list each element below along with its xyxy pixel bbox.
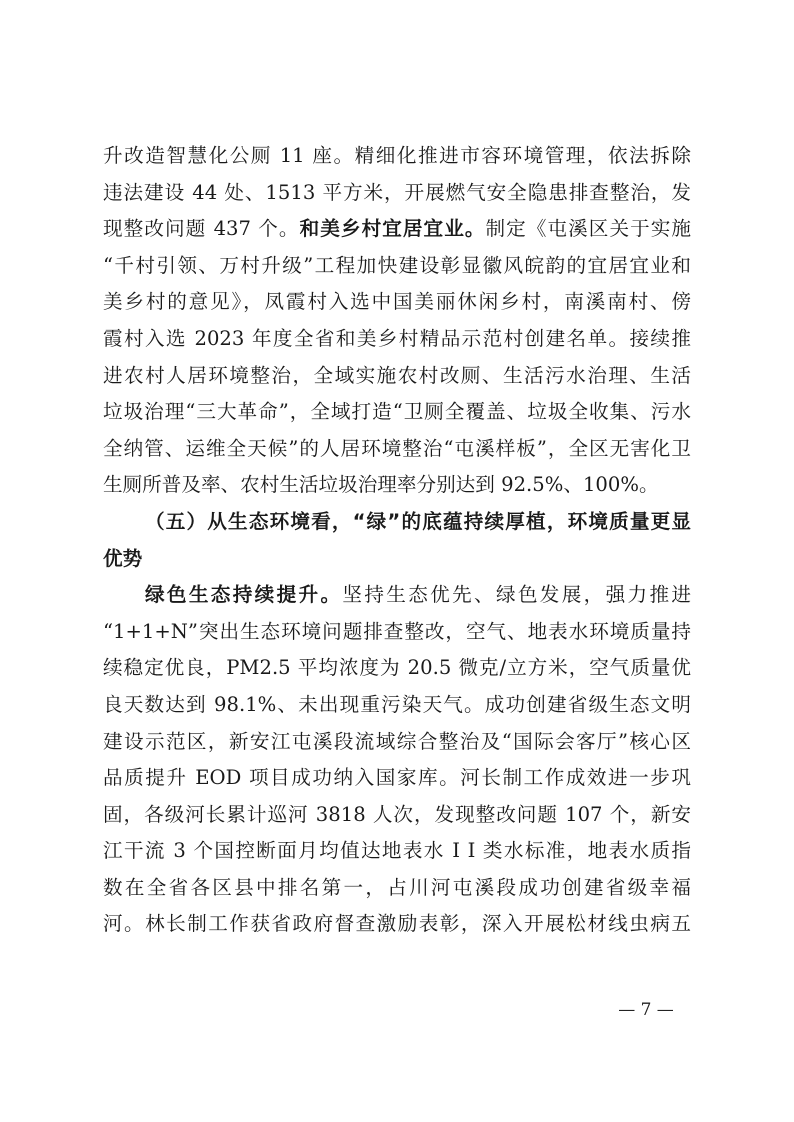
text-line: 数在全省各区县中排名第一，占川河屯溪段成功创建省级幸福 [103, 870, 691, 907]
text-line: 续稳定优良，PM2.5 平均浓度为 20.5 微克/立方米，空气质量优 [103, 650, 691, 687]
text-run: 生厕所普及率、农村生活垃圾治理率分别达到 92.5%、100%。 [103, 473, 659, 496]
document-page: 升改造智慧化公厕 11 座。精细化推进市容环境管理，依法拆除 违法建设 44 处… [0, 0, 794, 1122]
text-run: 河。林长制工作获省政府督查激励表彰，深入开展松材线虫病五 [103, 912, 691, 935]
text-line: 建设示范区，新安江屯溪段流域综合整治及“国际会客厅”核心区 [103, 724, 691, 761]
paragraph-first-line: 绿色生态持续提升。坚持生态优先、绿色发展，强力推进 [103, 577, 691, 614]
page-number: — 7 — [612, 998, 680, 1022]
text-line: 良天数达到 98.1%、未出现重污染天气。成功创建省级生态文明 [103, 687, 691, 724]
text-run: 全纳管、运维全天候”的人居环境整治“屯溪样板”，全区无害化卫 [103, 437, 691, 460]
document-body: 升改造智慧化公厕 11 座。精细化推进市容环境管理，依法拆除 违法建设 44 处… [103, 138, 691, 943]
text-line: 生厕所普及率、农村生活垃圾治理率分别达到 92.5%、100%。 [103, 467, 691, 504]
text-run: 霞村入选 2023 年度全省和美乡村精品示范村创建名单。接续推 [103, 327, 691, 350]
text-line: 品质提升 EOD 项目成功纳入国家库。河长制工作成效进一步巩 [103, 760, 691, 797]
bold-subheading-inline: 绿色生态持续提升。 [145, 583, 342, 606]
text-run: 续稳定优良，PM2.5 平均浓度为 20.5 微克/立方米，空气质量优 [103, 656, 691, 679]
text-run: 固，各级河长累计巡河 3818 人次，发现整改问题 107 个，新安 [103, 803, 691, 826]
text-line: “千村引领、万村升级”工程加快建设彰显徽风皖韵的宜居宜业和 [103, 248, 691, 285]
text-line: 江干流 3 个国控断面月均值达地表水 I I 类水标准，地表水质指 [103, 833, 691, 870]
bold-subheading-inline: 和美乡村宜居宜业。 [300, 217, 486, 240]
text-run: 良天数达到 98.1%、未出现重污染天气。成功创建省级生态文明 [103, 693, 691, 716]
section-heading-continued: 优势 [103, 541, 691, 578]
text-line: 升改造智慧化公厕 11 座。精细化推进市容环境管理，依法拆除 [103, 138, 691, 175]
text-line: 进农村人居环境整治，全域实施农村改厕、生活污水治理、生活 [103, 358, 691, 395]
text-line: 垃圾治理“三大革命”，全域打造“卫厕全覆盖、垃圾全收集、污水 [103, 394, 691, 431]
text-run: 制定《屯溪区关于实施 [486, 217, 692, 240]
text-line: 霞村入选 2023 年度全省和美乡村精品示范村创建名单。接续推 [103, 321, 691, 358]
text-line: 美乡村的意见》，凤霞村入选中国美丽休闲乡村，南溪南村、傍 [103, 284, 691, 321]
text-line: “1+1+N”突出生态环境问题排查整改，空气、地表水环境质量持 [103, 614, 691, 651]
text-line: 全纳管、运维全天候”的人居环境整治“屯溪样板”，全区无害化卫 [103, 431, 691, 468]
text-line: 违法建设 44 处、1513 平方米，开展燃气安全隐患排查整治，发 [103, 175, 691, 212]
text-run: 江干流 3 个国控断面月均值达地表水 I I 类水标准，地表水质指 [103, 839, 691, 862]
text-run: 美乡村的意见》，凤霞村入选中国美丽休闲乡村，南溪南村、傍 [103, 290, 691, 313]
text-run: 现整改问题 437 个。 [103, 217, 300, 240]
text-line: 固，各级河长累计巡河 3818 人次，发现整改问题 107 个，新安 [103, 797, 691, 834]
text-run: “1+1+N”突出生态环境问题排查整改，空气、地表水环境质量持 [103, 620, 691, 643]
text-run: 进农村人居环境整治，全域实施农村改厕、生活污水治理、生活 [103, 364, 691, 387]
section-heading-text: 优势 [103, 547, 142, 570]
text-run: 违法建设 44 处、1513 平方米，开展燃气安全隐患排查整治，发 [103, 181, 691, 204]
text-line: 现整改问题 437 个。和美乡村宜居宜业。制定《屯溪区关于实施 [103, 211, 691, 248]
text-run: 升改造智慧化公厕 11 座。精细化推进市容环境管理，依法拆除 [103, 144, 691, 167]
text-run: “千村引领、万村升级”工程加快建设彰显徽风皖韵的宜居宜业和 [103, 254, 691, 277]
text-run: 垃圾治理“三大革命”，全域打造“卫厕全覆盖、垃圾全收集、污水 [103, 400, 691, 423]
section-heading-text: （五）从生态环境看，“绿”的底蕴持续厚植，环境质量更显 [145, 510, 691, 533]
text-run: 数在全省各区县中排名第一，占川河屯溪段成功创建省级幸福 [103, 876, 691, 899]
text-run: 建设示范区，新安江屯溪段流域综合整治及“国际会客厅”核心区 [103, 730, 691, 753]
text-run: 坚持生态优先、绿色发展，强力推进 [342, 583, 691, 606]
text-run: 品质提升 EOD 项目成功纳入国家库。河长制工作成效进一步巩 [103, 766, 691, 789]
section-heading: （五）从生态环境看，“绿”的底蕴持续厚植，环境质量更显 [103, 504, 691, 541]
text-line: 河。林长制工作获省政府督查激励表彰，深入开展松材线虫病五 [103, 906, 691, 943]
